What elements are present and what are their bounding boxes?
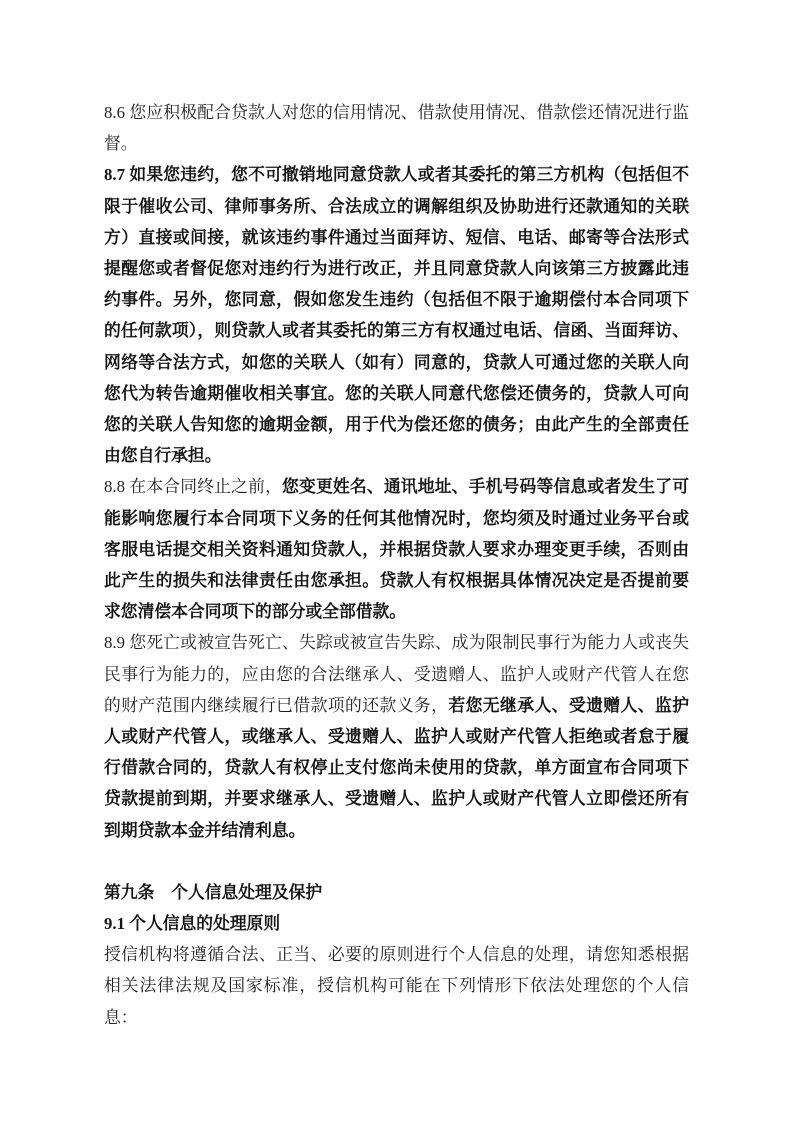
clause-9-1-heading: 9.1 个人信息的处理原则 — [104, 908, 689, 939]
clause-8-6: 8.6 您应积极配合贷款人对您的信用情况、借款使用情况、借款偿还情况进行监督。 — [104, 97, 689, 159]
clause-8-8-bold-text: 您变更姓名、通讯地址、手机号码等信息或者发生了可能影响您履行本合同项下义务的任何… — [104, 477, 689, 621]
article-9-heading-text: 第九条 个人信息处理及保护 — [104, 883, 322, 902]
clause-8-7-text: 8.7 如果您违约，您不可撤销地同意贷款人或者其委托的第三方机构（包括但不限于催… — [104, 165, 689, 465]
clause-8-8: 8.8 在本合同终止之前，您变更姓名、通讯地址、手机号码等信息或者发生了可能影响… — [104, 471, 689, 627]
document-content: 8.6 您应积极配合贷款人对您的信用情况、借款使用情况、借款偿还情况进行监督。 … — [104, 97, 689, 1033]
clause-8-8-intro-text: 8.8 在本合同终止之前， — [104, 477, 282, 496]
clause-9-1-body-text: 授信机构将遵循合法、正当、必要的原则进行个人信息的处理，请您知悉根据相关法律法规… — [104, 945, 689, 1026]
clause-8-7: 8.7 如果您违约，您不可撤销地同意贷款人或者其委托的第三方机构（包括但不限于催… — [104, 159, 689, 471]
clause-9-1-heading-text: 9.1 个人信息的处理原则 — [104, 914, 280, 933]
document-page: 8.6 您应积极配合贷款人对您的信用情况、借款使用情况、借款偿还情况进行监督。 … — [0, 0, 793, 1122]
clause-8-6-text: 8.6 您应积极配合贷款人对您的信用情况、借款使用情况、借款偿还情况进行监督。 — [104, 103, 689, 153]
clause-8-9: 8.9 您死亡或被宣告死亡、失踪或被宣告失踪、成为限制民事行为能力人或丧失民事行… — [104, 627, 689, 845]
clause-8-9-bold-text: 若您无继承人、受遗赠人、监护人或财产代管人，或继承人、受遗赠人、监护人或财产代管… — [104, 696, 689, 840]
article-9-heading: 第九条 个人信息处理及保护 — [104, 877, 689, 908]
clause-9-1-body: 授信机构将遵循合法、正当、必要的原则进行个人信息的处理，请您知悉根据相关法律法规… — [104, 939, 689, 1033]
